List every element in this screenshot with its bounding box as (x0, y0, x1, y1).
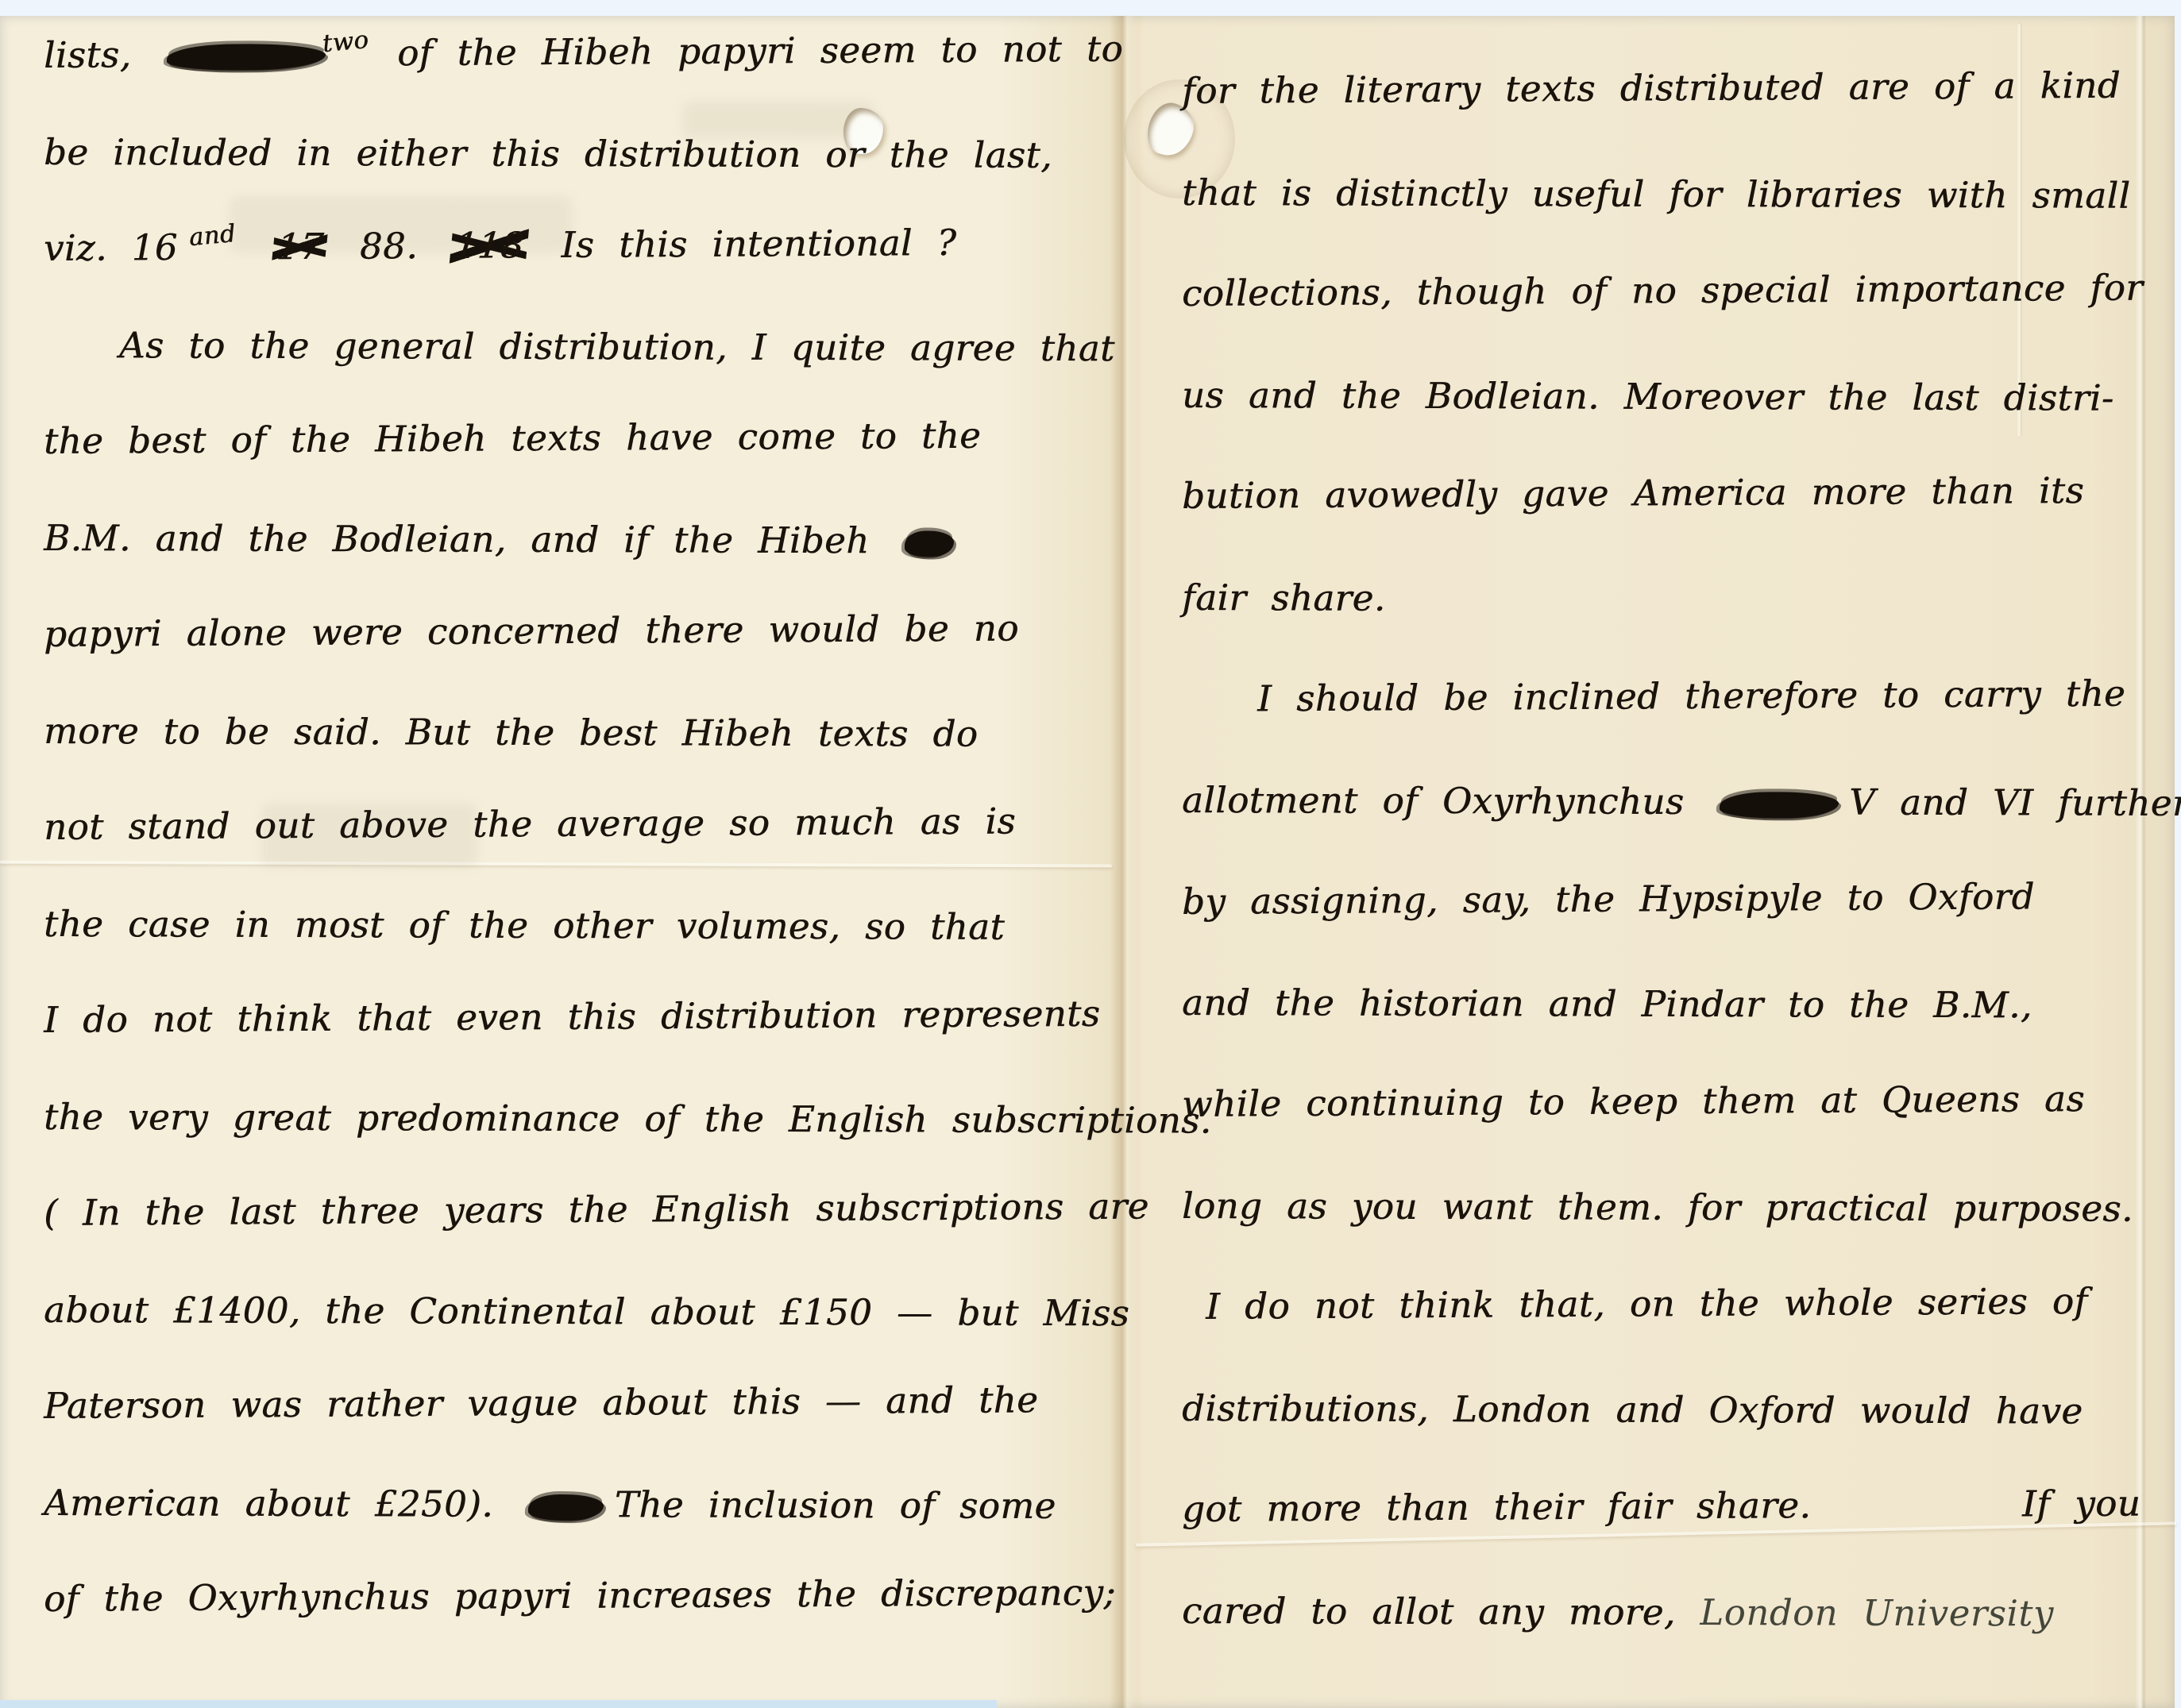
text-segment: and the historian and Pindar to the B.M.… (1182, 981, 2032, 1026)
letter-line: I should be inclined therefore to carry … (1182, 669, 2125, 723)
letter-line: the best of the Hibeh texts have come to… (44, 412, 982, 465)
text-segment: London University (1700, 1591, 2054, 1634)
text-segment: us and the Bodleian. Moreover the last d… (1182, 374, 2114, 419)
letter-line: viz. 16 and 17 88. 118 Is this intention… (44, 219, 957, 277)
text-segment: fair share. (1182, 576, 1386, 619)
inserted-word: two (321, 17, 372, 68)
inserted-word: and (187, 210, 237, 262)
text-segment: I do not think that, on the whole series… (1206, 1280, 2088, 1328)
letter-line: got more than their fair share. If you (1182, 1480, 2141, 1533)
letter-line: while continuing to keep them at Queens … (1182, 1075, 2085, 1128)
text-segment: got more than their fair share. (1182, 1485, 1811, 1531)
struck-out-word: 118 (449, 222, 530, 270)
letter-line: lists, two of the Hibeh papyri seem to n… (44, 25, 1123, 84)
letter-line: about £1400, the Continental about £150 … (44, 1286, 1129, 1337)
letter-line: us and the Bodleian. Moreover the last d… (1182, 372, 2114, 422)
text-segment: Is this intentional ? (561, 222, 956, 266)
text-segment: V and VI further, (1849, 781, 2181, 824)
text-segment: long as you want them. for practical pur… (1182, 1185, 2133, 1230)
ink-scribble (1720, 792, 1839, 818)
text-segment: more to be said. But the best Hibeh text… (44, 710, 979, 755)
text-segment: not stand out above the average so much … (44, 800, 1016, 848)
text-segment: the case in most of the other volumes, s… (44, 903, 1005, 948)
text-segment: of the Oxyrhynchus papyri increases the … (44, 1571, 1116, 1620)
text-segment: The inclusion of some (615, 1483, 1056, 1527)
letter-page-left: lists, two of the Hibeh papyri seem to n… (44, 0, 1120, 1708)
text-segment: collections, though of no special import… (1182, 267, 2144, 314)
text-segment: the very great predominance of the Engli… (44, 1096, 1212, 1142)
text-segment: by assigning, say, the Hypsipyle to Oxfo… (1182, 875, 2035, 923)
text-segment: American about £250). (44, 1482, 493, 1525)
text-segment: bution avowedly gave America more than i… (1182, 469, 2084, 517)
text-segment: I should be inclined therefore to carry … (1257, 672, 2125, 719)
text-segment: distributions, London and Oxford would h… (1182, 1387, 2083, 1432)
text-segment: Paterson was rather vague about this — a… (44, 1378, 1039, 1427)
letter-line: for the literary texts distributed are o… (1182, 62, 2121, 115)
ink-scribble (905, 530, 954, 557)
ink-scribble (167, 44, 326, 71)
letter-line: bution avowedly gave America more than i… (1182, 467, 2084, 520)
text-segment: If you (2022, 1482, 2141, 1525)
text-segment: for the literary texts distributed are o… (1182, 64, 2121, 112)
ink-scribble (528, 1494, 604, 1521)
struck-out-word: 17 (271, 223, 329, 271)
text-segment: I do not think that even this distributi… (44, 993, 1101, 1041)
letter-line: fair share. (1182, 574, 1386, 623)
letter-page-right: for the literary texts distributed are o… (1182, 0, 2181, 1708)
letter-line: allotment of Oxyrhynchus V and VI furthe… (1182, 777, 2181, 827)
letter-line: distributions, London and Oxford would h… (1182, 1385, 2083, 1436)
letter-line: not stand out above the average so much … (44, 798, 1016, 851)
text-segment: papyri alone were concerned there would … (44, 607, 1019, 655)
letter-line: that is distinctly useful for libraries … (1182, 169, 2131, 220)
letter-line: be included in either this distribution … (44, 129, 1052, 179)
text-segment: As to the general distribution, I quite … (119, 324, 1115, 369)
letter-line: I do not think that even this distributi… (44, 990, 1101, 1044)
text-segment: about £1400, the Continental about £150 … (44, 1289, 1129, 1334)
text-segment: of the Hibeh papyri seem to not to (397, 28, 1123, 75)
text-segment: ( In the last three years the English su… (44, 1185, 1149, 1234)
text-segment: cared to allot any more, (1182, 1590, 1676, 1633)
letter-line: and the historian and Pindar to the B.M.… (1182, 979, 2032, 1029)
letter-line: papyri alone were concerned there would … (44, 605, 1019, 658)
letter-line: B.M. and the Bodleian, and if the Hibeh (44, 515, 965, 565)
letter-line: I do not think that, on the whole series… (1182, 1278, 2088, 1331)
letter-line: collections, though of no special import… (1182, 264, 2144, 318)
letter-line: ( In the last three years the English su… (44, 1182, 1149, 1237)
text-segment: lists, (44, 33, 132, 76)
text-segment: B.M. and the Bodleian, and if the Hibeh (44, 517, 870, 561)
letter-line: the case in most of the other volumes, s… (44, 900, 1005, 951)
letter-line: cared to allot any more, London Universi… (1182, 1587, 2054, 1637)
letter-line: Paterson was rather vague about this — a… (44, 1376, 1039, 1430)
text-segment: while continuing to keep them at Queens … (1182, 1078, 2085, 1125)
text-segment: allotment of Oxyrhynchus (1182, 779, 1685, 823)
letter-line: As to the general distribution, I quite … (44, 322, 1115, 372)
text-segment: that is distinctly useful for libraries … (1182, 172, 2131, 217)
text-segment: viz. 16 (44, 226, 178, 269)
letter-line: American about £250). The inclusion of s… (44, 1479, 1056, 1530)
text-segment: be included in either this distribution … (44, 131, 1052, 176)
letter-line: more to be said. But the best Hibeh text… (44, 707, 979, 758)
letter-line: of the Oxyrhynchus papyri increases the … (44, 1569, 1116, 1623)
text-segment: the best of the Hibeh texts have come to… (44, 414, 981, 462)
letter-scan: lists, two of the Hibeh papyri seem to n… (0, 0, 2181, 1708)
letter-line: long as you want them. for practical pur… (1182, 1182, 2133, 1233)
letter-line: the very great predominance of the Engli… (44, 1093, 1212, 1145)
text-segment: 88. (360, 225, 418, 267)
letter-line: by assigning, say, the Hypsipyle to Oxfo… (1182, 873, 2035, 926)
